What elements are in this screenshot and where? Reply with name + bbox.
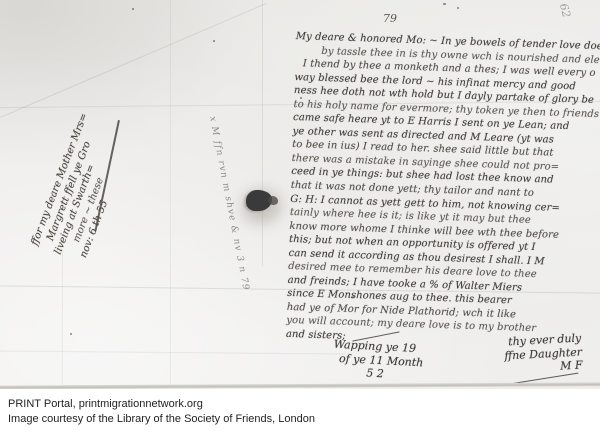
ink-speck xyxy=(213,40,215,42)
fold-crease-vertical xyxy=(62,250,63,389)
caption-source: PRINT Portal, printmigrationnetwork.org xyxy=(8,397,315,412)
wax-seal-stain-lobe xyxy=(268,196,278,205)
wax-seal-stain xyxy=(246,190,272,211)
letter-body: My deare & honored Mo: ~ In ye bowels of… xyxy=(286,30,596,351)
letter-photograph: 79 62 ffor my deare Mother Mrs=Margrett … xyxy=(0,0,600,389)
endorsement-note: x M ffn rvn m shve & nv 3 n 79 xyxy=(207,115,247,272)
folded-flap-edge xyxy=(0,3,267,118)
signoff-place-date: Wapping ye 19of ye 11 Month5 2 xyxy=(332,338,424,383)
fold-crease-vertical xyxy=(262,0,263,266)
fold-crease-horizontal xyxy=(0,350,345,354)
caption-bar: PRINT Portal, printmigrationnetwork.org … xyxy=(8,397,315,426)
signoff-signature: thy ever dulyffne DaughterM F xyxy=(485,332,583,377)
paper-bottom-edge xyxy=(0,382,600,389)
corner-annotation: 62 xyxy=(557,2,573,19)
ink-speck xyxy=(457,7,459,9)
ink-speck xyxy=(70,333,72,335)
screenshot-root: 79 62 ffor my deare Mother Mrs=Margrett … xyxy=(0,0,600,432)
ink-speck xyxy=(132,8,134,10)
page-number: 79 xyxy=(383,12,397,25)
caption-credit: Image courtesy of the Library of the Soc… xyxy=(8,412,315,427)
ink-speck xyxy=(443,3,446,5)
address-panel: ffor my deare Mother Mrs=Margrett ffell … xyxy=(29,101,142,265)
fold-crease-vertical xyxy=(170,0,171,389)
